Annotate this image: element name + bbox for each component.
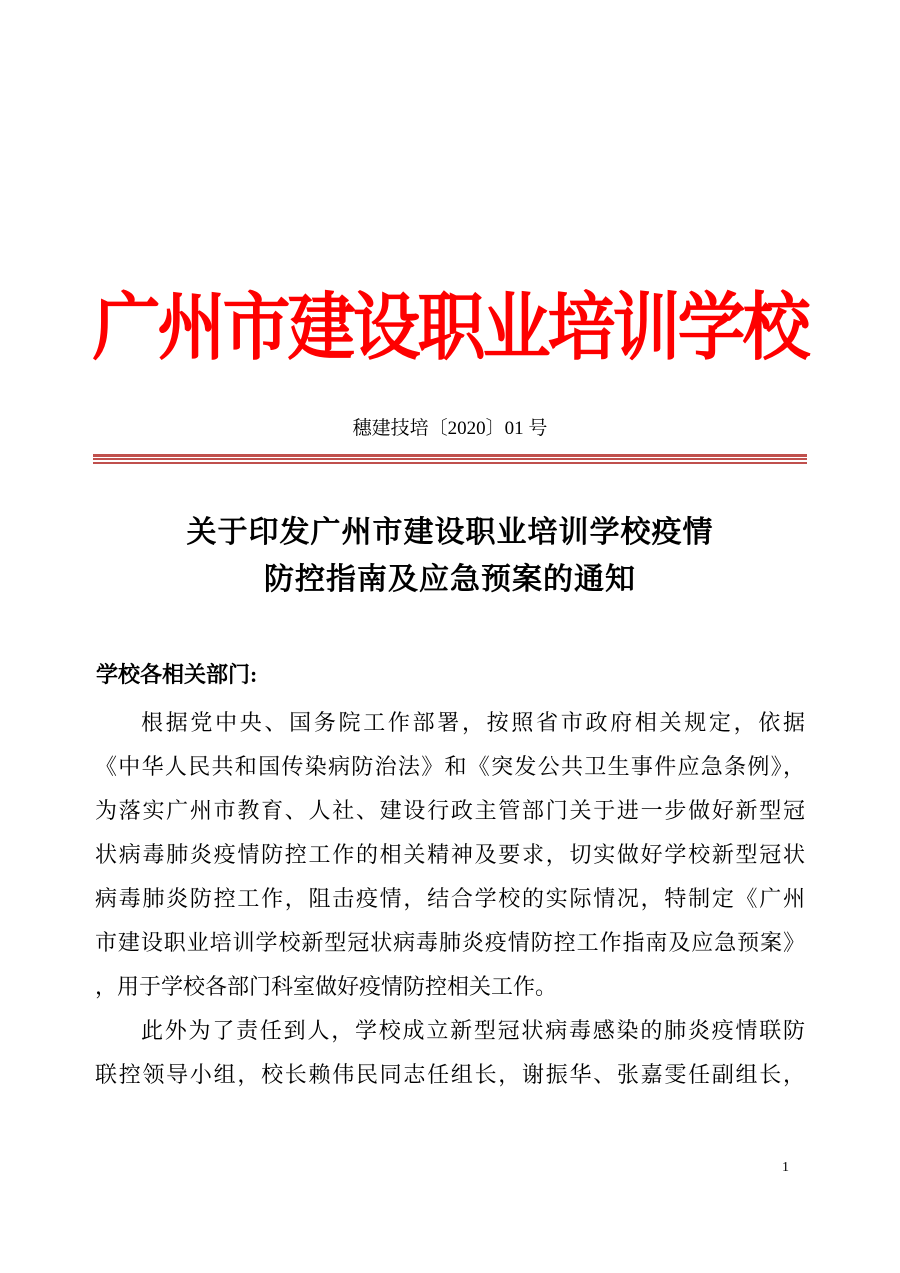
notice-title-line-2: 防控指南及应急预案的通知: [0, 556, 900, 603]
rule-stripe-bottom: [93, 462, 807, 464]
body-paragraphs: 根据党中央、国务院工作部署，按照省市政府相关规定，依据 《中华人民共和国传染病防…: [95, 701, 805, 1097]
document-page: 广州市建设职业培训学校 穗建技培〔2020〕01 号 关于印发广州市建设职业培训…: [0, 0, 900, 1273]
body-text-line: 联控领导小组，校长赖伟民同志任组长，谢振华、张嘉雯任副组长，: [95, 1053, 805, 1097]
salutation: 学校各相关部门:: [96, 658, 257, 692]
body-text-line: 病毒肺炎防控工作，阻击疫情，结合学校的实际情况，特制定《广州: [95, 877, 805, 921]
body-text-line: 此外为了责任到人，学校成立新型冠状病毒感染的肺炎疫情联防: [95, 1009, 805, 1053]
body-text-line: 为落实广州市教育、人社、建设行政主管部门关于进一步做好新型冠: [95, 789, 805, 833]
rule-stripe-top: [93, 454, 807, 457]
body-text-line: 市建设职业培训学校新型冠状病毒肺炎疫情防控工作指南及应急预案》: [95, 921, 805, 965]
red-separator-rule: [93, 454, 807, 464]
body-text-line: 状病毒肺炎疫情防控工作的相关精神及要求，切实做好学校新型冠状: [95, 833, 805, 877]
letterhead-school-name: 广州市建设职业培训学校: [0, 279, 900, 376]
notice-title: 关于印发广州市建设职业培训学校疫情 防控指南及应急预案的通知: [0, 509, 900, 603]
rule-stripe-middle: [93, 458, 807, 460]
page-number: 1: [782, 1158, 789, 1178]
body-text-line: 根据党中央、国务院工作部署，按照省市政府相关规定，依据: [95, 701, 805, 745]
document-number: 穗建技培〔2020〕01 号: [0, 414, 900, 444]
notice-title-line-1: 关于印发广州市建设职业培训学校疫情: [0, 509, 900, 556]
body-text-line: ，用于学校各部门科室做好疫情防控相关工作。: [95, 965, 805, 1009]
body-text-line: 《中华人民共和国传染病防治法》和《突发公共卫生事件应急条例》，: [95, 745, 805, 789]
